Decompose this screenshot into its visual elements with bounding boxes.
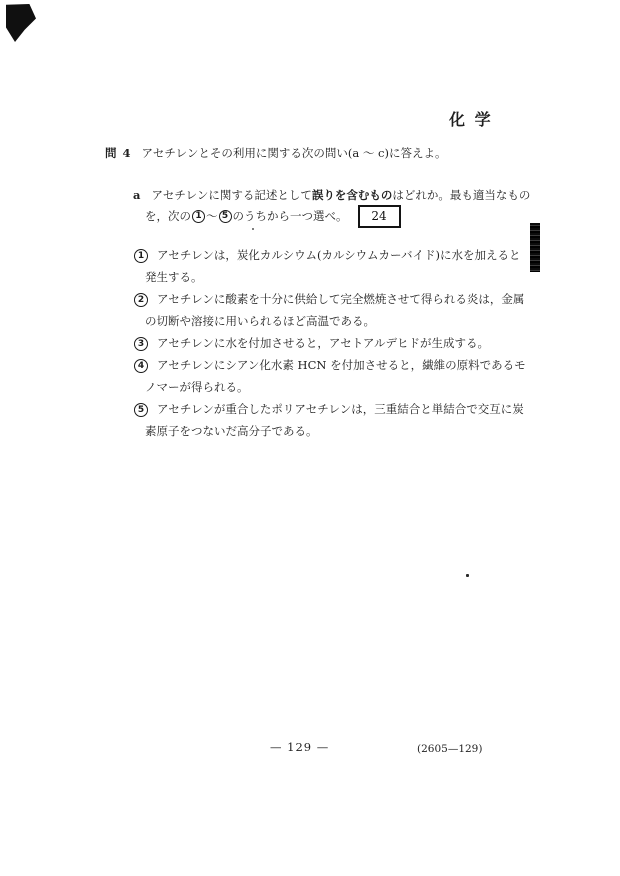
sub-question-text-post: はどれか。最も適当なもの [392,188,530,202]
question-label: 問 4 [105,146,132,160]
exam-page-scan: 化 学 問 4アセチレンとその利用に関する次の問い(a ～ c)に答えよ。 aア… [0,0,620,876]
option-4-line1: アセチレンにシアン化水素 HCN を付加させると，繊維の原料であるモ [157,357,526,373]
sub-question-text-pre: アセチレンに関する記述として [151,188,311,202]
sub-question-a-line2: を，次の1～5のうちから一つ選べ。 24 [145,204,401,228]
sub-question-line2-post: のうちから一つ選べ。 [233,208,348,224]
page-number: — 129 — [270,740,329,754]
question-text: アセチレンとその利用に関する次の問い(a ～ c)に答えよ。 [142,146,447,160]
sub-question-a-line1: aアセチレンに関する記述として誤りを含むものはどれか。最も適当なもの [133,187,530,203]
question-4-line: 問 4アセチレンとその利用に関する次の問い(a ～ c)に答えよ。 [105,145,446,161]
sub-question-line2-pre: を，次の [145,208,191,224]
range-tilde: ～ [206,208,218,224]
option-3-line1: アセチレンに水を付加させると，アセトアルデヒドが生成する。 [157,335,489,351]
option-2-line2: の切断や溶接に用いられるほど高温である。 [145,313,375,329]
page-title: 化 学 [449,107,493,130]
option-5-circled-number-icon: 5 [134,403,148,417]
sub-question-label: a [133,188,140,202]
option-3-circled-number-icon: 3 [134,337,148,351]
scan-margin-strip [530,223,540,272]
answer-number-box: 24 [358,205,401,228]
option-2-circled-number-icon: 2 [134,293,148,307]
print-code: (2605—129) [417,743,482,755]
option-4-circled-number-icon: 4 [134,359,148,373]
scan-speck [252,228,254,230]
scan-speck [466,574,469,577]
scan-corner-artifact [6,4,36,42]
option-5-line1: アセチレンが重合したポリアセチレンは，三重結合と単結合で交互に炭 [157,401,524,417]
option-5-line2: 素原子をつないだ高分子である。 [145,423,318,439]
sub-question-text-bold: 誤りを含むもの [312,188,393,202]
circled-number-1-icon: 1 [192,210,205,223]
option-2-line1: アセチレンに酸素を十分に供給して完全燃焼させて得られる炎は，金属 [157,291,524,307]
option-1-line2: 発生する。 [145,269,203,285]
option-1-circled-number-icon: 1 [134,249,148,263]
option-4-line2: ノマーが得られる。 [145,379,249,395]
option-1-line1: アセチレンは，炭化カルシウム(カルシウムカーバイド)に水を加えると [157,247,520,263]
circled-number-5-icon: 5 [219,210,232,223]
